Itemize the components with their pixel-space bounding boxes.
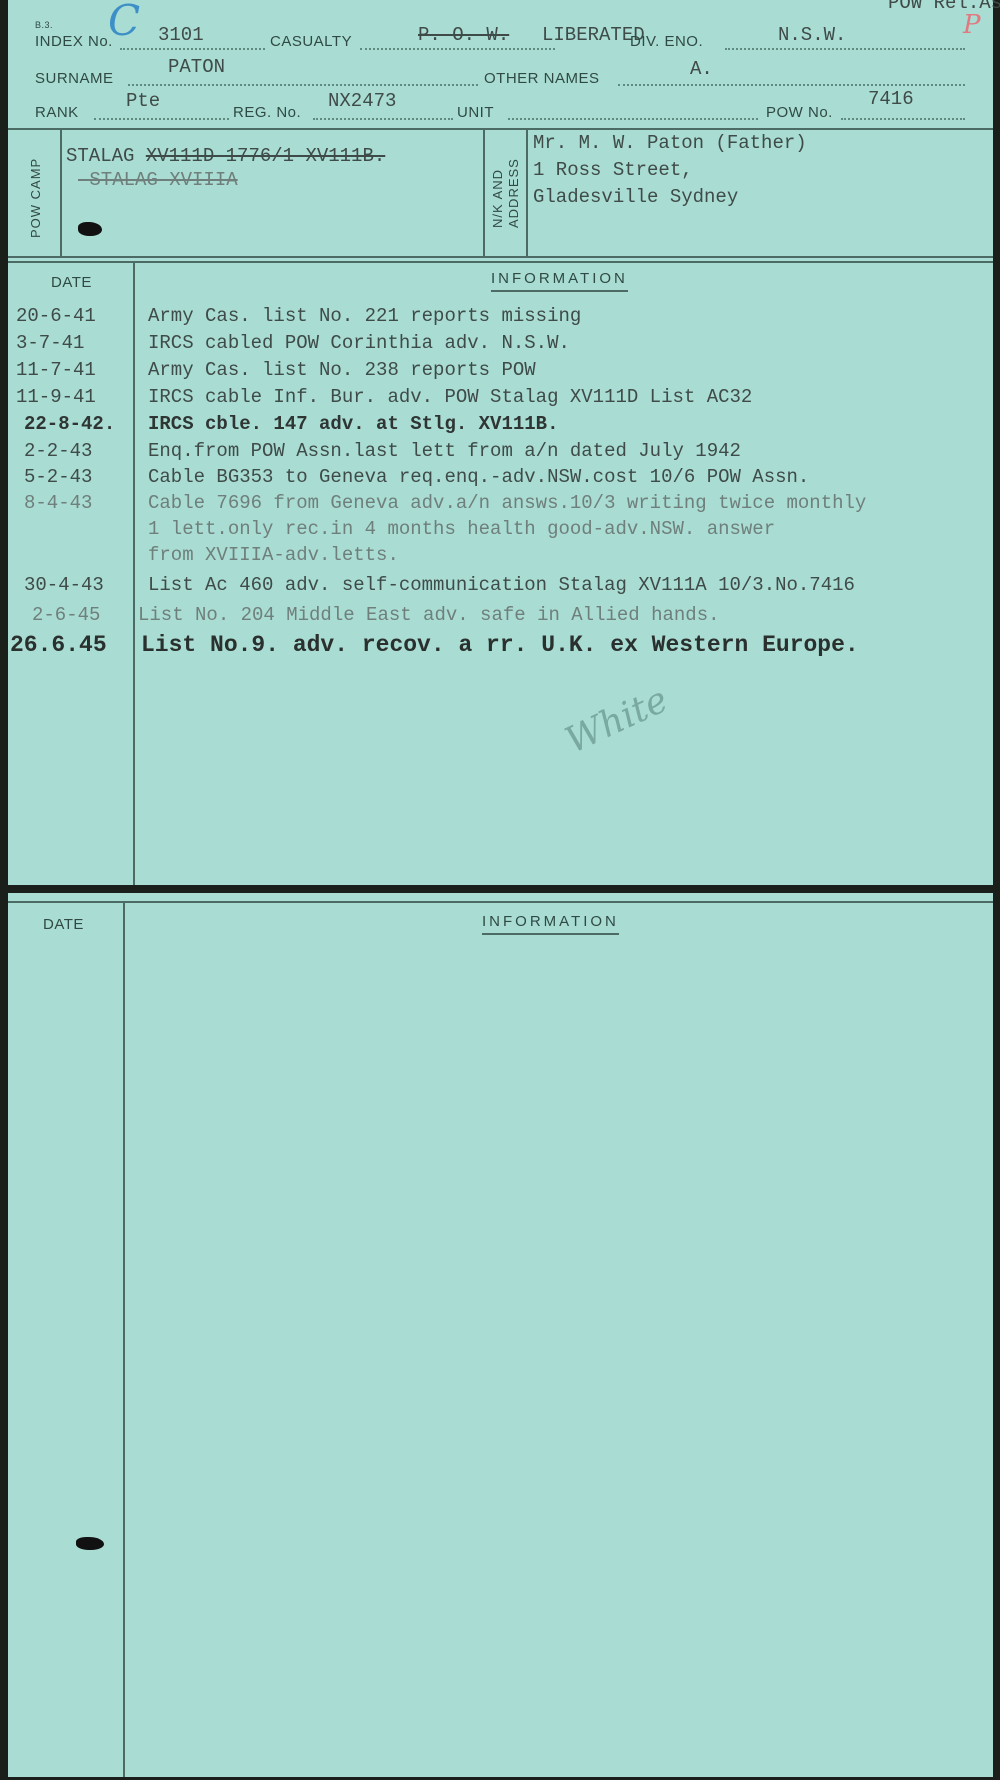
entry-date: 8-4-43 — [24, 492, 142, 514]
form-code: B.3. — [35, 20, 53, 30]
casualty-label: CASUALTY — [270, 33, 352, 50]
pow-camp-struck-2: -STALAG-XVIIIA — [78, 169, 385, 191]
entry-text: List No. 204 Middle East adv. safe in Al… — [138, 604, 720, 626]
pencil-note: White — [559, 679, 674, 762]
entry-text: IRCS cable Inf. Bur. adv. POW Stalag XV1… — [148, 386, 752, 408]
date-header: DATE — [51, 274, 92, 291]
pow-camp-struck-1: XV111D-1776/1-XV111B. — [146, 145, 385, 167]
nok-line-3: Gladesville Sydney — [533, 186, 738, 208]
nok-line-1: Mr. M. W. Paton (Father) — [533, 132, 807, 154]
entry-date: 2-6-45 — [32, 604, 150, 626]
pow-camp-label: POW CAMP — [28, 158, 43, 238]
date-header: DATE — [43, 916, 84, 933]
casualty-struck-value: P. O. W. — [418, 24, 509, 46]
entry-date: 30-4-43 — [24, 574, 142, 596]
entry-text: IRCS cabled POW Corinthia adv. N.S.W. — [148, 332, 570, 354]
entry-text: Enq.from POW Assn.last lett from a/n dat… — [148, 440, 741, 462]
div-eno-label: DIV. ENO. — [630, 33, 703, 50]
entry-date: 3-7-41 — [16, 332, 134, 354]
unit-label: UNIT — [457, 104, 494, 121]
entry-text: List Ac 460 adv. self-communication Stal… — [148, 574, 855, 596]
record-card-front: B.3. C INDEX No. 3101 CASUALTY P. O. W. … — [8, 0, 993, 885]
entry-date: 22-8-42. — [24, 413, 142, 435]
punch-hole — [76, 1537, 104, 1550]
index-no-label: INDEX No. — [35, 33, 113, 50]
nok-label-line2: ADDRESS — [506, 158, 521, 228]
entry-date: 20-6-41 — [16, 305, 134, 327]
entry-date: 11-7-41 — [16, 359, 134, 381]
entry-text: from XVIIIA-adv.letts. — [148, 544, 399, 566]
rank-label: RANK — [35, 104, 79, 121]
entry-text: Army Cas. list No. 238 reports POW — [148, 359, 536, 381]
reg-no-label: REG. No. — [233, 104, 301, 121]
entry-date: 11-9-41 — [16, 386, 134, 408]
entry-date: 2-2-43 — [24, 440, 142, 462]
information-header: INFORMATION — [491, 270, 628, 292]
other-names-label: OTHER NAMES — [484, 70, 600, 87]
other-names-value: A. — [690, 58, 713, 80]
entry-text: 1 lett.only rec.in 4 months health good-… — [148, 518, 775, 540]
pow-no-label: POW No. — [766, 104, 833, 121]
entry-text: Army Cas. list No. 221 reports missing — [148, 305, 581, 327]
rank-value: Pte — [126, 90, 160, 112]
nok-line-2: 1 Ross Street, — [533, 159, 693, 181]
pow-camp-prefix: STALAG — [66, 145, 134, 167]
entry-text: IRCS cble. 147 adv. at Stlg. XV111B. — [148, 413, 558, 435]
pow-camp-field: STALAG XV111D-1776/1-XV111B. -STALAG-XVI… — [66, 145, 385, 191]
surname-value: PATON — [168, 56, 225, 78]
entry-text: Cable BG353 to Geneva req.enq.-adv.NSW.c… — [148, 466, 809, 488]
div-eno-value: N.S.W. — [778, 24, 846, 46]
top-right-note: POW Rel.Assn — [888, 0, 1000, 14]
surname-label: SURNAME — [35, 70, 114, 87]
red-pen-mark: P — [963, 10, 981, 40]
entry-text: List No.9. adv. recov. a rr. U.K. ex Wes… — [141, 632, 859, 658]
nok-label-line1: N/K AND — [490, 169, 505, 228]
entry-text: Cable 7696 from Geneva adv.a/n answs.10/… — [148, 492, 866, 514]
entry-date: 5-2-43 — [24, 466, 142, 488]
punch-hole — [78, 222, 102, 236]
pow-no-value: 7416 — [868, 88, 914, 110]
information-header: INFORMATION — [482, 913, 619, 935]
record-card-back: DATE INFORMATION — [8, 893, 993, 1777]
reg-no-value: NX2473 — [328, 90, 396, 112]
entry-date: 26.6.45 — [10, 632, 128, 658]
index-no-value: 3101 — [158, 24, 204, 46]
